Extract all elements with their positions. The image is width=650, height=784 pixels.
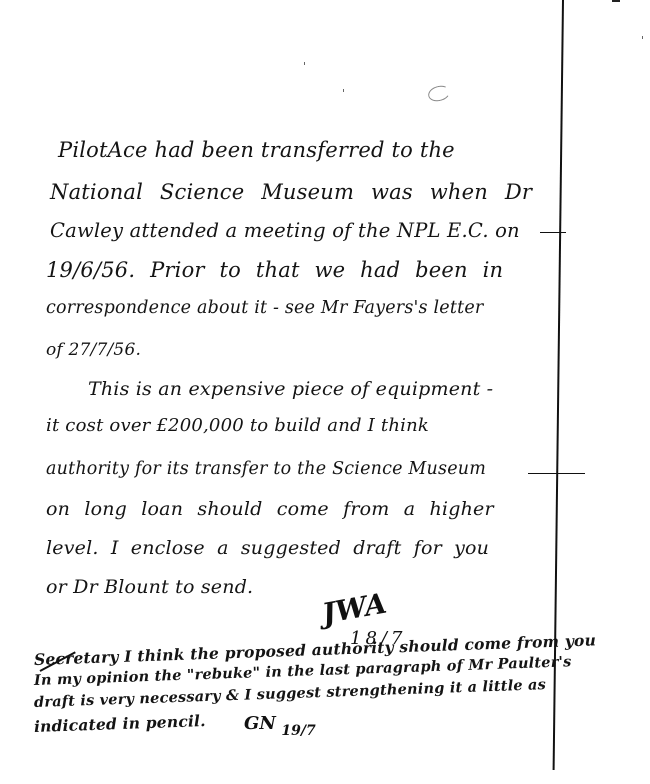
second-signature: GN 19/7 [244,713,316,734]
main-text-line: PilotAce had been transferred to the [58,138,455,162]
signature-initials: JWA [320,587,389,631]
first-signature: JWA [322,592,387,625]
scan-speck [642,36,643,39]
pen-stroke [528,473,585,474]
main-text-line: National Science Museum was when Dr [50,180,532,204]
scan-speck [343,89,344,92]
main-text-line: level. I enclose a suggested draft for y… [46,537,489,559]
pencil-mark [426,83,451,103]
main-text-line: correspondence about it - see Mr Fayers'… [46,298,483,318]
main-text-line: or Dr Blount to send. [46,576,253,598]
scan-speck [612,0,620,2]
main-text-line: authority for its transfer to the Scienc… [46,459,486,479]
main-text-line: 19/6/56. Prior to that we had been in [46,258,503,282]
pen-stroke [540,232,566,233]
main-text-line: on long loan should come from a higher [46,498,494,520]
scanned-document-page: PilotAce had been transferred to the Nat… [0,0,650,784]
main-text-line: it cost over £200,000 to build and I thi… [46,415,429,436]
main-text-line: This is an expensive piece of equipment … [88,378,493,400]
scan-speck [304,62,305,65]
main-text-line: Cawley attended a meeting of the NPL E.C… [50,219,520,242]
signature-initials: GN [244,713,276,734]
note-text-line: indicated in pencil. [34,711,206,736]
main-text-line: of 27/7/56. [46,340,141,360]
signature-date: 19/7 [281,723,315,739]
